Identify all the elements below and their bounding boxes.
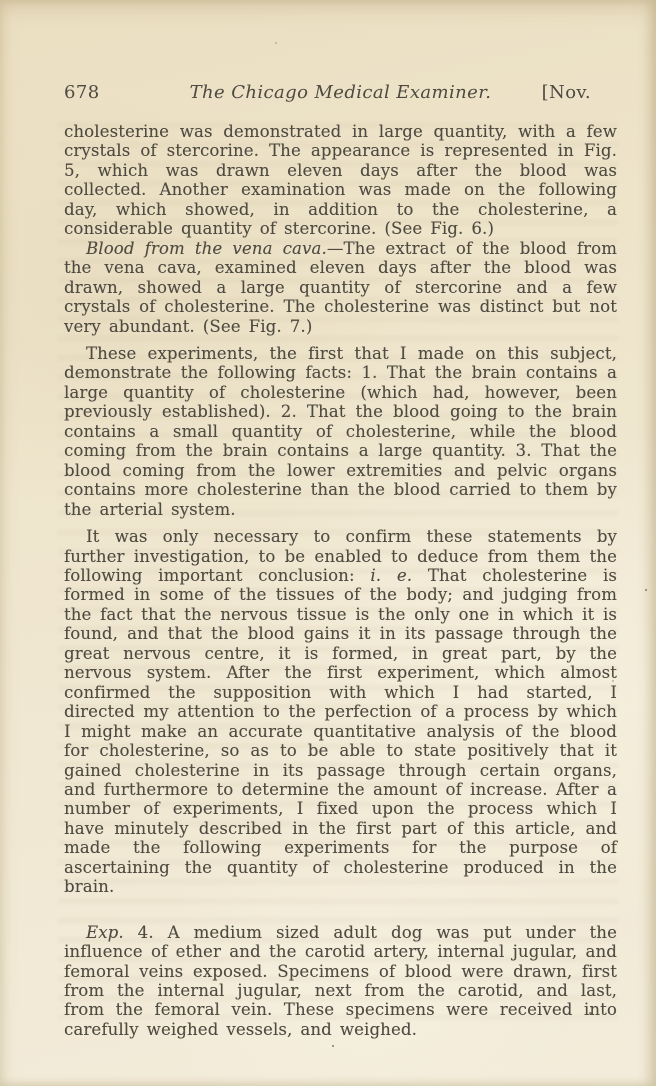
text-run: These experiments, the first that I made…	[64, 344, 617, 519]
paragraph: Exp. 4. A medium sized adult dog was put…	[64, 923, 617, 1040]
text-run: cholesterine was demonstrated in large q…	[64, 122, 617, 238]
text-run: 4. A medium sized adult dog was put unde…	[64, 923, 617, 1039]
journal-title: The Chicago Medical Examiner.	[160, 82, 521, 103]
paragraph: It was only necessary to confirm these s…	[64, 527, 617, 897]
page-header: 678 The Chicago Medical Examiner. [Nov.	[64, 82, 617, 103]
italic-text: Exp.	[86, 923, 124, 942]
body-text: cholesterine was demonstrated in large q…	[64, 122, 617, 1039]
paper-speck	[645, 589, 647, 591]
scanned-page: 678 The Chicago Medical Examiner. [Nov. …	[0, 0, 656, 1086]
text-run: That cholesterine is formed in some of t…	[64, 566, 617, 896]
paper-speck	[275, 42, 277, 44]
paragraph: Blood from the vena cava.—The extract of…	[64, 239, 617, 336]
italic-text: Blood from the vena cava.	[86, 239, 327, 258]
italic-text: i. e.	[370, 566, 412, 585]
page-number: 678	[64, 82, 160, 103]
paragraph: These experiments, the first that I made…	[64, 344, 617, 519]
paper-speck	[332, 1045, 334, 1047]
page-content: 678 The Chicago Medical Examiner. [Nov. …	[64, 82, 617, 1039]
paragraph: cholesterine was demonstrated in large q…	[64, 122, 617, 239]
issue-date: [Nov.	[521, 82, 617, 103]
